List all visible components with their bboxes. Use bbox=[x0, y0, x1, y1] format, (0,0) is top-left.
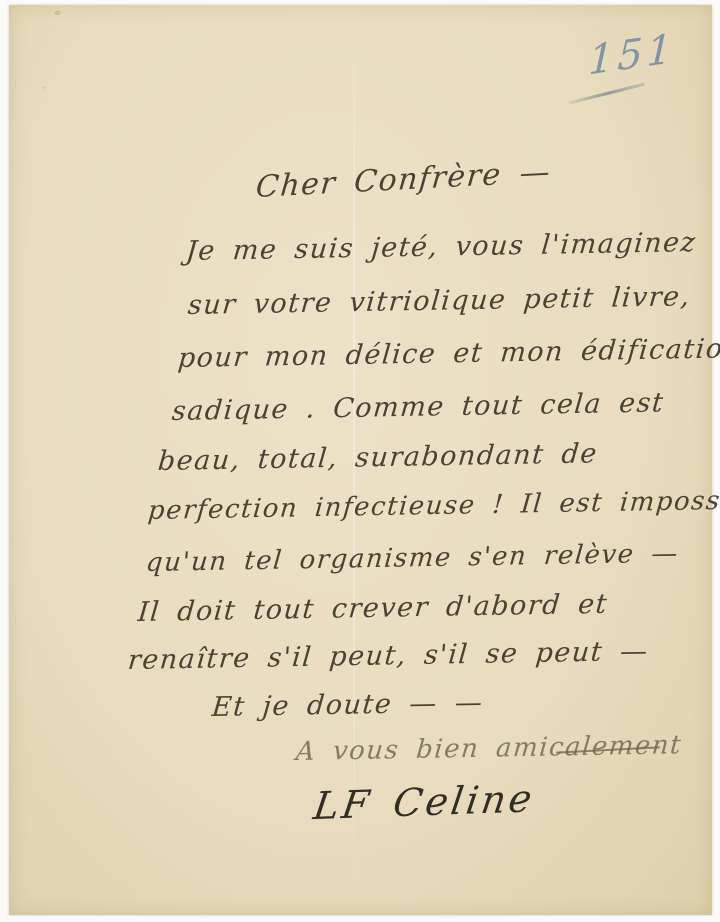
pinhole-speck bbox=[55, 11, 60, 15]
letter-line: Et je doute — — bbox=[211, 687, 485, 723]
letter-scan: 151 Cher Confrère — Je me suis jeté, vou… bbox=[0, 0, 720, 922]
signature: LF Celine bbox=[311, 776, 538, 828]
paper-speck bbox=[43, 86, 46, 89]
